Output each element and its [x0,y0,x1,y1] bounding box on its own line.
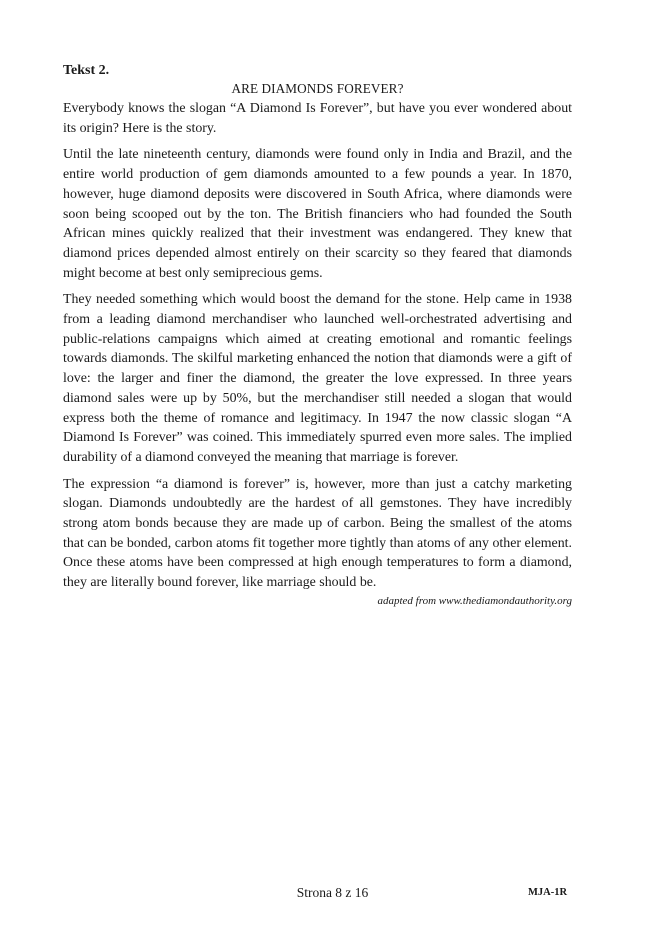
document-body: Tekst 2. ARE DIAMONDS FOREVER? Everybody… [63,62,572,608]
paragraph-1: Everybody knows the slogan “A Diamond Is… [63,99,572,138]
article-title: ARE DIAMONDS FOREVER? [63,80,572,97]
text-label: Tekst 2. [63,62,572,79]
paragraph-2: Until the late nineteenth century, diamo… [63,145,572,283]
paragraph-4: The expression “a diamond is forever” is… [63,475,572,593]
paragraph-3: They needed something which would boost … [63,290,572,467]
exam-code: MJA-1R [528,887,567,898]
source-attribution: adapted from www.thediamondauthority.org [63,594,572,608]
